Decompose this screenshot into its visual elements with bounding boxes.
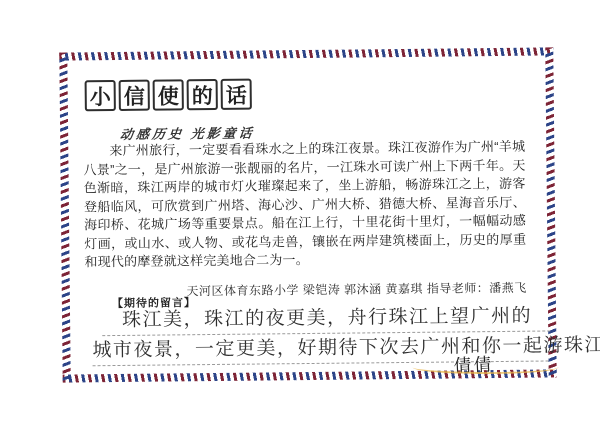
signature: 倩倩 [453, 350, 494, 378]
title-char-box: 话 [221, 79, 252, 110]
letter-card: 小 信 使 的 话 动感历史 光影童话 来广州旅行，一定要看看珠水之上的珠江夜景… [59, 47, 556, 382]
airmail-border-top [59, 47, 553, 60]
article: 来广州旅行，一定要看看珠水之上的珠江夜景。珠江夜游作为广州“羊城八景”之一，是广… [83, 138, 527, 302]
airmail-border-left [59, 53, 70, 383]
title-char-box: 使 [153, 79, 184, 110]
title-char-box: 小 [85, 80, 116, 111]
handwritten-line-1: 珠江美，珠江的夜更美，舟行珠江上望广州的 [102, 303, 550, 336]
page-title: 小 信 使 的 话 [85, 79, 252, 112]
handwritten-text-2: 城市夜景，一定更美，好期待下次去广州和你一起游珠江。 [92, 335, 600, 362]
handwritten-text-1: 珠江美，珠江的夜更美，舟行珠江上望广州的 [122, 306, 532, 331]
title-char-box: 的 [187, 79, 218, 110]
article-body: 来广州旅行，一定要看看珠水之上的珠江夜景。珠江夜游作为广州“羊城八景”之一，是广… [83, 138, 526, 272]
title-char-box: 信 [119, 80, 150, 111]
